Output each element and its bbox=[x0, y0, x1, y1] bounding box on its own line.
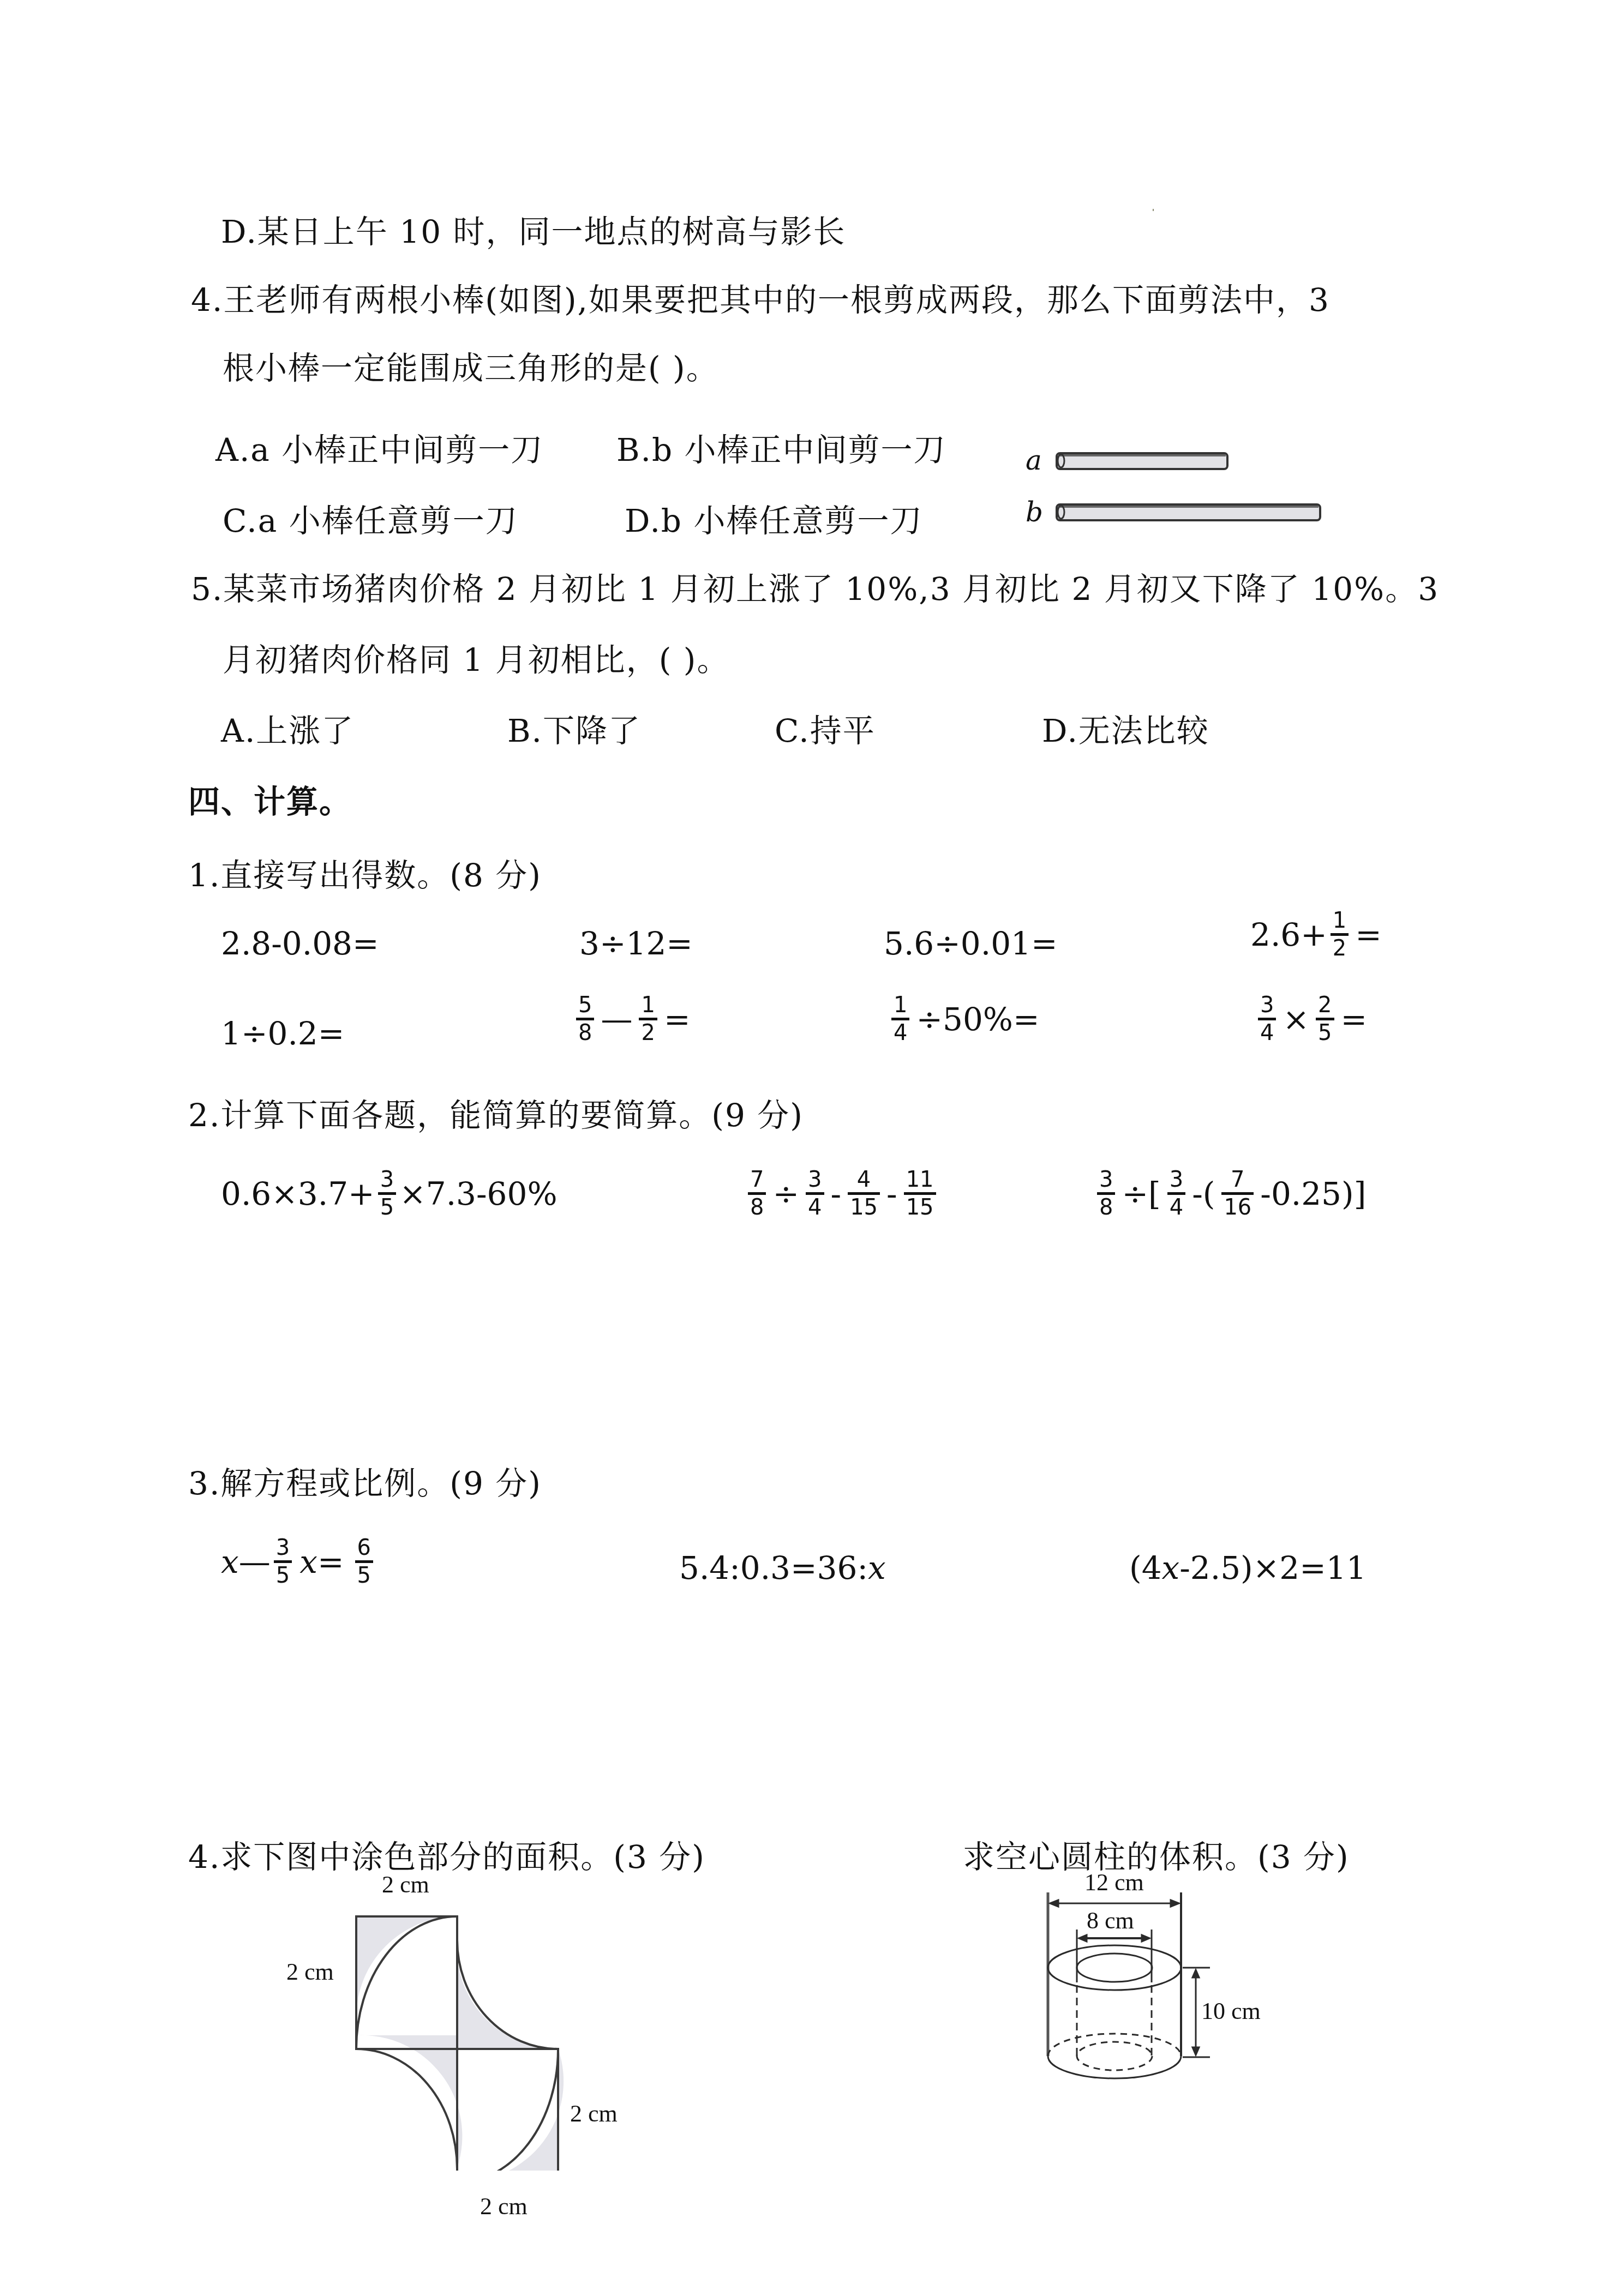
p2-title: 2.计算下面各题，能简算的要简算。(9 分) bbox=[188, 1093, 804, 1137]
denominator: 5 bbox=[355, 1563, 373, 1588]
sticks-figure: a b bbox=[1020, 442, 1337, 534]
numerator: 7 bbox=[1229, 1167, 1247, 1192]
operator: -( bbox=[1189, 1172, 1218, 1216]
q4-option-d[interactable]: D.b 小棒任意剪一刀 bbox=[625, 499, 922, 543]
fraction: 25 bbox=[1316, 993, 1334, 1045]
numerator: 1 bbox=[639, 993, 657, 1018]
operator: ÷ bbox=[769, 1172, 802, 1216]
expr-text: 2.8-0.08= bbox=[221, 922, 379, 965]
dim-label-height: 10 cm bbox=[1201, 1997, 1261, 2025]
fraction: 65 bbox=[355, 1535, 373, 1588]
scan-speck bbox=[1153, 209, 1154, 211]
p3-title: 3.解方程或比例。(9 分) bbox=[188, 1462, 542, 1505]
fraction: 78 bbox=[748, 1167, 766, 1220]
variable: x bbox=[1162, 1546, 1180, 1590]
q4-option-a[interactable]: A.a 小棒正中间剪一刀 bbox=[215, 428, 543, 472]
expr-text: -2.5)×2=11 bbox=[1179, 1546, 1366, 1590]
fraction: 716 bbox=[1221, 1167, 1254, 1220]
numerator: 5 bbox=[576, 993, 594, 1018]
p2-e2: 78 ÷ 34 - 415 - 1115 bbox=[745, 1167, 939, 1220]
q4-option-b[interactable]: B.b 小棒正中间剪一刀 bbox=[616, 428, 946, 472]
numerator: 1 bbox=[1331, 908, 1349, 933]
denominator: 16 bbox=[1221, 1195, 1254, 1220]
denominator: 4 bbox=[1258, 1020, 1276, 1045]
dim-label-left: 2 cm bbox=[286, 1958, 334, 1986]
denominator: 8 bbox=[748, 1195, 766, 1220]
denominator: 4 bbox=[1167, 1195, 1185, 1220]
fraction: 35 bbox=[378, 1167, 396, 1220]
denominator: 4 bbox=[806, 1195, 824, 1220]
variable: x bbox=[868, 1546, 886, 1590]
expr-text: 5.6÷0.01= bbox=[884, 922, 1058, 965]
numerator: 3 bbox=[378, 1167, 396, 1192]
denominator: 8 bbox=[1097, 1195, 1115, 1220]
q5-option-b[interactable]: B.下降了 bbox=[507, 709, 641, 753]
fraction: 58 bbox=[576, 993, 594, 1045]
stick-b bbox=[1057, 504, 1320, 520]
denominator: 5 bbox=[378, 1195, 396, 1220]
fraction: 12 bbox=[1331, 908, 1349, 961]
expr-text: 0.6×3.7+ bbox=[221, 1172, 375, 1216]
expr-text: 1÷0.2= bbox=[221, 1012, 344, 1055]
fraction: 34 bbox=[806, 1167, 824, 1220]
fraction: 34 bbox=[1167, 1167, 1185, 1220]
p3-e1: x — 35 x = 65 bbox=[221, 1535, 376, 1588]
variable: x bbox=[299, 1540, 317, 1584]
fraction: 34 bbox=[1258, 993, 1276, 1045]
q4-stem-line1: 4.王老师有两根小棒(如图),如果要把其中的一根剪成两段，那么下面剪法中，3 bbox=[191, 278, 1330, 322]
expr-text: -0.25)] bbox=[1257, 1172, 1369, 1216]
numerator: 2 bbox=[1316, 993, 1334, 1018]
fraction: 415 bbox=[848, 1167, 880, 1220]
q3-option-d: D.某日上午 10 时，同一地点的树高与影长 bbox=[221, 210, 846, 254]
numerator: 3 bbox=[1097, 1167, 1115, 1192]
p2-e3: 38 ÷[ 34 -( 716 -0.25)] bbox=[1094, 1167, 1369, 1220]
variable: x bbox=[221, 1540, 239, 1584]
fraction: 38 bbox=[1097, 1167, 1115, 1220]
numerator: 4 bbox=[855, 1167, 873, 1192]
numerator: 11 bbox=[904, 1167, 936, 1192]
operator: × bbox=[1279, 997, 1313, 1041]
q5-stem-line1: 5.某菜市场猪肉价格 2 月初比 1 月初上涨了 10%,3 月初比 2 月初又… bbox=[191, 567, 1439, 611]
dim-label-outer-diameter: 12 cm bbox=[1084, 1868, 1144, 1896]
q5-stem-line2: 月初猪肉价格同 1 月初相比，( )。 bbox=[223, 638, 729, 682]
p3-e2: 5.4:0.3=36:x bbox=[679, 1546, 886, 1590]
operator: - bbox=[883, 1172, 901, 1216]
operator: — bbox=[239, 1540, 271, 1584]
q5-option-c[interactable]: C.持平 bbox=[775, 709, 876, 753]
denominator: 2 bbox=[639, 1020, 657, 1045]
numerator: 7 bbox=[748, 1167, 766, 1192]
dim-label-inner-diameter: 8 cm bbox=[1087, 1907, 1134, 1934]
p1-title: 1.直接写出得数。(8 分) bbox=[188, 854, 542, 897]
dim-label-right: 2 cm bbox=[570, 2100, 618, 2127]
numerator: 3 bbox=[1258, 993, 1276, 1018]
numerator: 6 bbox=[355, 1535, 373, 1560]
denominator: 5 bbox=[274, 1563, 292, 1588]
p3-e3: (4x-2.5)×2=11 bbox=[1129, 1546, 1367, 1590]
p2-e1: 0.6×3.7+ 35 ×7.3-60% bbox=[221, 1167, 558, 1220]
expr-text: = bbox=[1352, 913, 1385, 957]
p1-r2-e2: 58 — 12 = bbox=[573, 993, 694, 1045]
p1-r2-e1: 1÷0.2= bbox=[221, 1012, 344, 1055]
q5-option-a[interactable]: A.上涨了 bbox=[221, 709, 354, 753]
q4-stem-line2: 根小棒一定能围成三角形的是( )。 bbox=[223, 346, 719, 390]
denominator: 2 bbox=[1331, 936, 1349, 961]
p1-r1-e4: 2.6+ 12 = bbox=[1250, 908, 1385, 961]
expr-text: ÷50%= bbox=[913, 997, 1042, 1041]
operator: - bbox=[828, 1172, 845, 1216]
p1-r2-e3: 14 ÷50%= bbox=[888, 993, 1043, 1045]
dim-label-top: 2 cm bbox=[382, 1871, 429, 1898]
numerator: 3 bbox=[1167, 1167, 1185, 1192]
operator: — bbox=[597, 997, 636, 1041]
cylinder-drawing bbox=[1026, 1871, 1309, 2127]
p1-r1-e1: 2.8-0.08= bbox=[221, 922, 379, 965]
hollow-cylinder-figure: 12 cm 8 cm 10 cm bbox=[1026, 1871, 1309, 2127]
expr-text: = bbox=[661, 997, 694, 1041]
sticks-drawing bbox=[1020, 442, 1337, 534]
p1-r1-e3: 5.6÷0.01= bbox=[884, 922, 1058, 965]
numerator: 3 bbox=[274, 1535, 292, 1560]
expr-text: ×7.3-60% bbox=[399, 1172, 557, 1216]
denominator: 8 bbox=[576, 1020, 594, 1045]
denominator: 15 bbox=[848, 1195, 880, 1220]
expr-text: 2.6+ bbox=[1250, 913, 1327, 957]
fraction: 12 bbox=[639, 993, 657, 1045]
q4-option-c[interactable]: C.a 小棒任意剪一刀 bbox=[223, 499, 518, 543]
denominator: 15 bbox=[904, 1195, 936, 1220]
denominator: 4 bbox=[891, 1020, 909, 1045]
fraction: 35 bbox=[274, 1535, 292, 1588]
expr-text: (4 bbox=[1129, 1546, 1162, 1590]
p1-r1-e2: 3÷12= bbox=[579, 922, 693, 965]
expr-text: 5.4:0.3=36: bbox=[679, 1546, 868, 1590]
dim-label-bottom: 2 cm bbox=[480, 2192, 528, 2220]
p1-r2-e4: 34 × 25 = bbox=[1255, 993, 1370, 1045]
section-title: 四、计算。 bbox=[188, 780, 352, 824]
operator: = bbox=[317, 1540, 344, 1584]
expr-text: 3÷12= bbox=[579, 922, 693, 965]
denominator: 5 bbox=[1316, 1020, 1334, 1045]
operator: ÷[ bbox=[1118, 1172, 1164, 1216]
fraction: 14 bbox=[891, 993, 909, 1045]
numerator: 3 bbox=[806, 1167, 824, 1192]
stick-a bbox=[1057, 453, 1227, 469]
q5-option-d[interactable]: D.无法比较 bbox=[1042, 709, 1209, 753]
shaded-area-figure: 2 cm 2 cm 2 cm 2 cm bbox=[262, 1871, 655, 2171]
fraction: 1115 bbox=[904, 1167, 936, 1220]
numerator: 1 bbox=[891, 993, 909, 1018]
expr-text: = bbox=[1338, 997, 1371, 1041]
